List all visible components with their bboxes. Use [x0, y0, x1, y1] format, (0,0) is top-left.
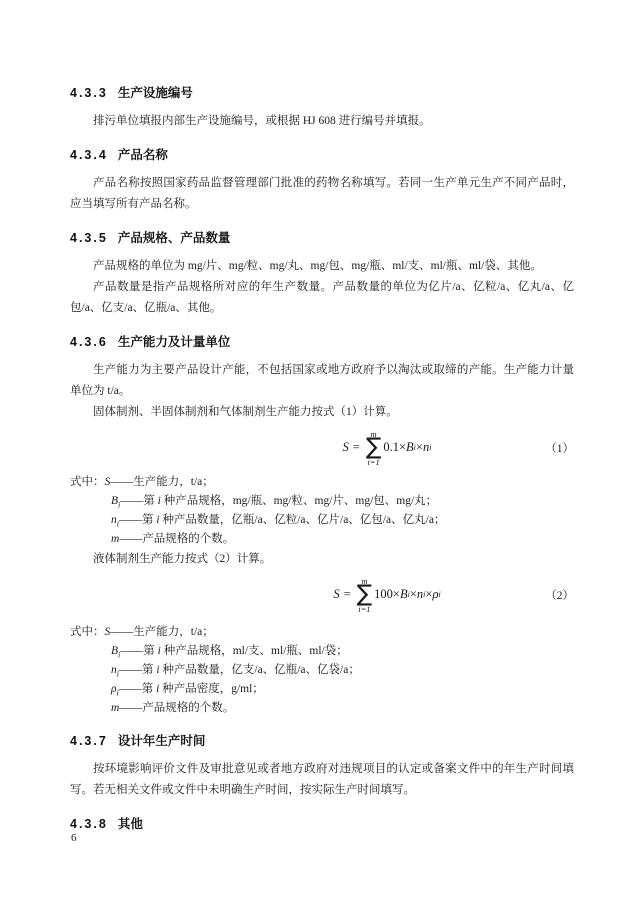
definition-text: 种产品密度，g/ml；: [159, 683, 263, 695]
definition-text: 生产能力，t/a；: [133, 626, 214, 638]
term-definition-B: Bi——第 i 种产品规格，ml/支、ml/瓶、ml/袋；: [70, 642, 574, 661]
section-number: 4.3.3: [70, 86, 108, 100]
equation-lhs: S: [343, 440, 349, 455]
equation-1: S = m ∑ i=1 0.1× Bi × ni: [343, 430, 432, 467]
paragraph-4-3-7: 按环境影响评价文件及审批意见或者地方政府对违规项目的认定或备案文件中的年生产时间…: [70, 759, 574, 801]
where-block-2: 式中：S——生产能力，t/a； Bi——第 i 种产品规格，ml/支、ml/瓶、…: [70, 623, 574, 718]
paragraph-4-3-4: 产品名称按照国家药品监督管理部门批准的药物名称填写。若同一生产单元生产不同产品时…: [70, 173, 574, 215]
definition-dash: ——: [120, 645, 143, 657]
section-number: 4.3.4: [70, 148, 108, 162]
section-number: 4.3.8: [70, 817, 108, 831]
definition-text: 第: [142, 664, 156, 676]
definition-dash: ——: [119, 702, 142, 714]
definition-text: 第: [143, 495, 157, 507]
variable-symbol: B: [111, 495, 118, 507]
section-title: 其他: [118, 817, 143, 831]
definition-text: 第: [143, 645, 157, 657]
definition-text: 种产品数量，亿瓶/a、亿粒/a、亿片/a、亿包/a、亿丸/a；: [160, 514, 446, 526]
term-definition-rho: ρi——第 i 种产品密度，g/ml；: [70, 680, 574, 699]
section-number: 4.3.6: [70, 335, 108, 349]
equation-number: （1）: [545, 440, 574, 456]
definition-dash: ——: [119, 683, 142, 695]
document-page: 4.3.3生产设施编号 排污单位填报内部生产设施编号，或根据 HJ 608 进行…: [0, 0, 640, 905]
section-title: 生产能力及计量单位: [118, 335, 231, 349]
definition-text: 第: [142, 683, 156, 695]
section-heading-4-3-4: 4.3.4产品名称: [70, 148, 574, 163]
section-heading-4-3-3: 4.3.3生产设施编号: [70, 86, 574, 101]
definition-text: 生产能力，t/a；: [133, 476, 214, 488]
sum-lower-limit: i=1: [367, 458, 379, 467]
term-definition-m: m——产品规格的个数。: [70, 530, 574, 549]
paragraph-4-3-3: 排污单位填报内部生产设施编号，或根据 HJ 608 进行编号并填报。: [70, 111, 574, 132]
definition-text: 种产品数量，亿支/a、亿瓶/a、亿袋/a；: [160, 664, 360, 676]
section-heading-4-3-5: 4.3.5产品规格、产品数量: [70, 231, 574, 246]
term-definition-n: ni——第 i 种产品数量，亿瓶/a、亿粒/a、亿片/a、亿包/a、亿丸/a；: [70, 511, 574, 530]
where-label: 式中：: [70, 476, 105, 488]
where-block-1: 式中：S——生产能力，t/a； Bi——第 i 种产品规格，mg/瓶、mg/粒、…: [70, 473, 574, 549]
definition-text: 第: [142, 514, 156, 526]
times-operator: ×: [410, 587, 417, 602]
equation-number: （2）: [545, 587, 574, 603]
summation-symbol: m ∑ i=1: [366, 430, 382, 467]
coefficient: 100×: [374, 587, 400, 602]
definition-dash: ——: [119, 533, 142, 545]
equals-sign: =: [353, 440, 360, 455]
paragraph-4-3-5-units: 产品规格的单位为 mg/片、mg/粒、mg/丸、mg/包、mg/瓶、ml/支、m…: [70, 256, 574, 277]
section-title: 设计年生产时间: [118, 734, 206, 748]
equation-lhs: S: [333, 587, 339, 602]
section-title: 生产设施编号: [118, 86, 193, 100]
definition-text: 种产品规格，mg/瓶、mg/粒、mg/片、mg/包、mg/丸；: [161, 495, 437, 507]
summation-symbol: m ∑ i=1: [357, 577, 373, 614]
section-title: 产品名称: [118, 148, 168, 162]
section-heading-4-3-6: 4.3.6生产能力及计量单位: [70, 335, 574, 350]
definition-dash: ——: [110, 476, 133, 488]
sum-lower-limit: i=1: [358, 605, 370, 614]
times-operator: ×: [416, 440, 423, 455]
definition-text: 种产品规格，ml/支、ml/瓶、ml/袋；: [161, 645, 348, 657]
term-definition-B: Bi——第 i 种产品规格，mg/瓶、mg/粒、mg/片、mg/包、mg/丸；: [70, 492, 574, 511]
paragraph-4-3-5-quantity: 产品数量是指产品规格所对应的年生产数量。产品数量的单位为亿片/a、亿粒/a、亿丸…: [70, 277, 574, 319]
variable-symbol: B: [111, 645, 118, 657]
definition-dash: ——: [120, 495, 143, 507]
coefficient: 0.1×: [383, 440, 406, 455]
term-definition-S: 式中：S——生产能力，t/a；: [70, 623, 574, 642]
section-heading-4-3-7: 4.3.7设计年生产时间: [70, 734, 574, 749]
variable-B: B: [400, 587, 408, 602]
where-label: 式中：: [70, 626, 105, 638]
equation-1-row: S = m ∑ i=1 0.1× Bi × ni （1）: [70, 425, 574, 471]
definition-text: 产品规格的个数。: [142, 533, 234, 545]
sigma-icon: ∑: [357, 585, 373, 605]
equals-sign: =: [344, 587, 351, 602]
term-definition-n: ni——第 i 种产品数量，亿支/a、亿瓶/a、亿袋/a；: [70, 661, 574, 680]
term-definition-m: m——产品规格的个数。: [70, 699, 574, 718]
paragraph-4-3-6-liquid: 液体制剂生产能力按式（2）计算。: [70, 549, 574, 570]
sigma-icon: ∑: [366, 438, 382, 458]
definition-dash: ——: [119, 664, 142, 676]
variable-B: B: [406, 440, 414, 455]
section-number: 4.3.5: [70, 231, 108, 245]
equation-2-row: S = m ∑ i=1 100× Bi × ni × ρi （2）: [70, 572, 574, 618]
definition-dash: ——: [110, 626, 133, 638]
section-title: 产品规格、产品数量: [118, 231, 231, 245]
equation-2: S = m ∑ i=1 100× Bi × ni × ρi: [333, 577, 440, 614]
definition-dash: ——: [119, 514, 142, 526]
paragraph-4-3-6-capacity: 生产能力为主要产品设计产能，不包括国家或地方政府予以淘汰或取缔的产能。生产能力计…: [70, 360, 574, 402]
page-number: 6: [71, 832, 77, 844]
paragraph-4-3-6-solid: 固体制剂、半固体制剂和气体制剂生产能力按式（1）计算。: [70, 402, 574, 423]
section-number: 4.3.7: [70, 734, 108, 748]
term-definition-S: 式中：S——生产能力，t/a；: [70, 473, 574, 492]
definition-text: 产品规格的个数。: [142, 702, 234, 714]
section-heading-4-3-8: 4.3.8其他: [70, 817, 574, 832]
